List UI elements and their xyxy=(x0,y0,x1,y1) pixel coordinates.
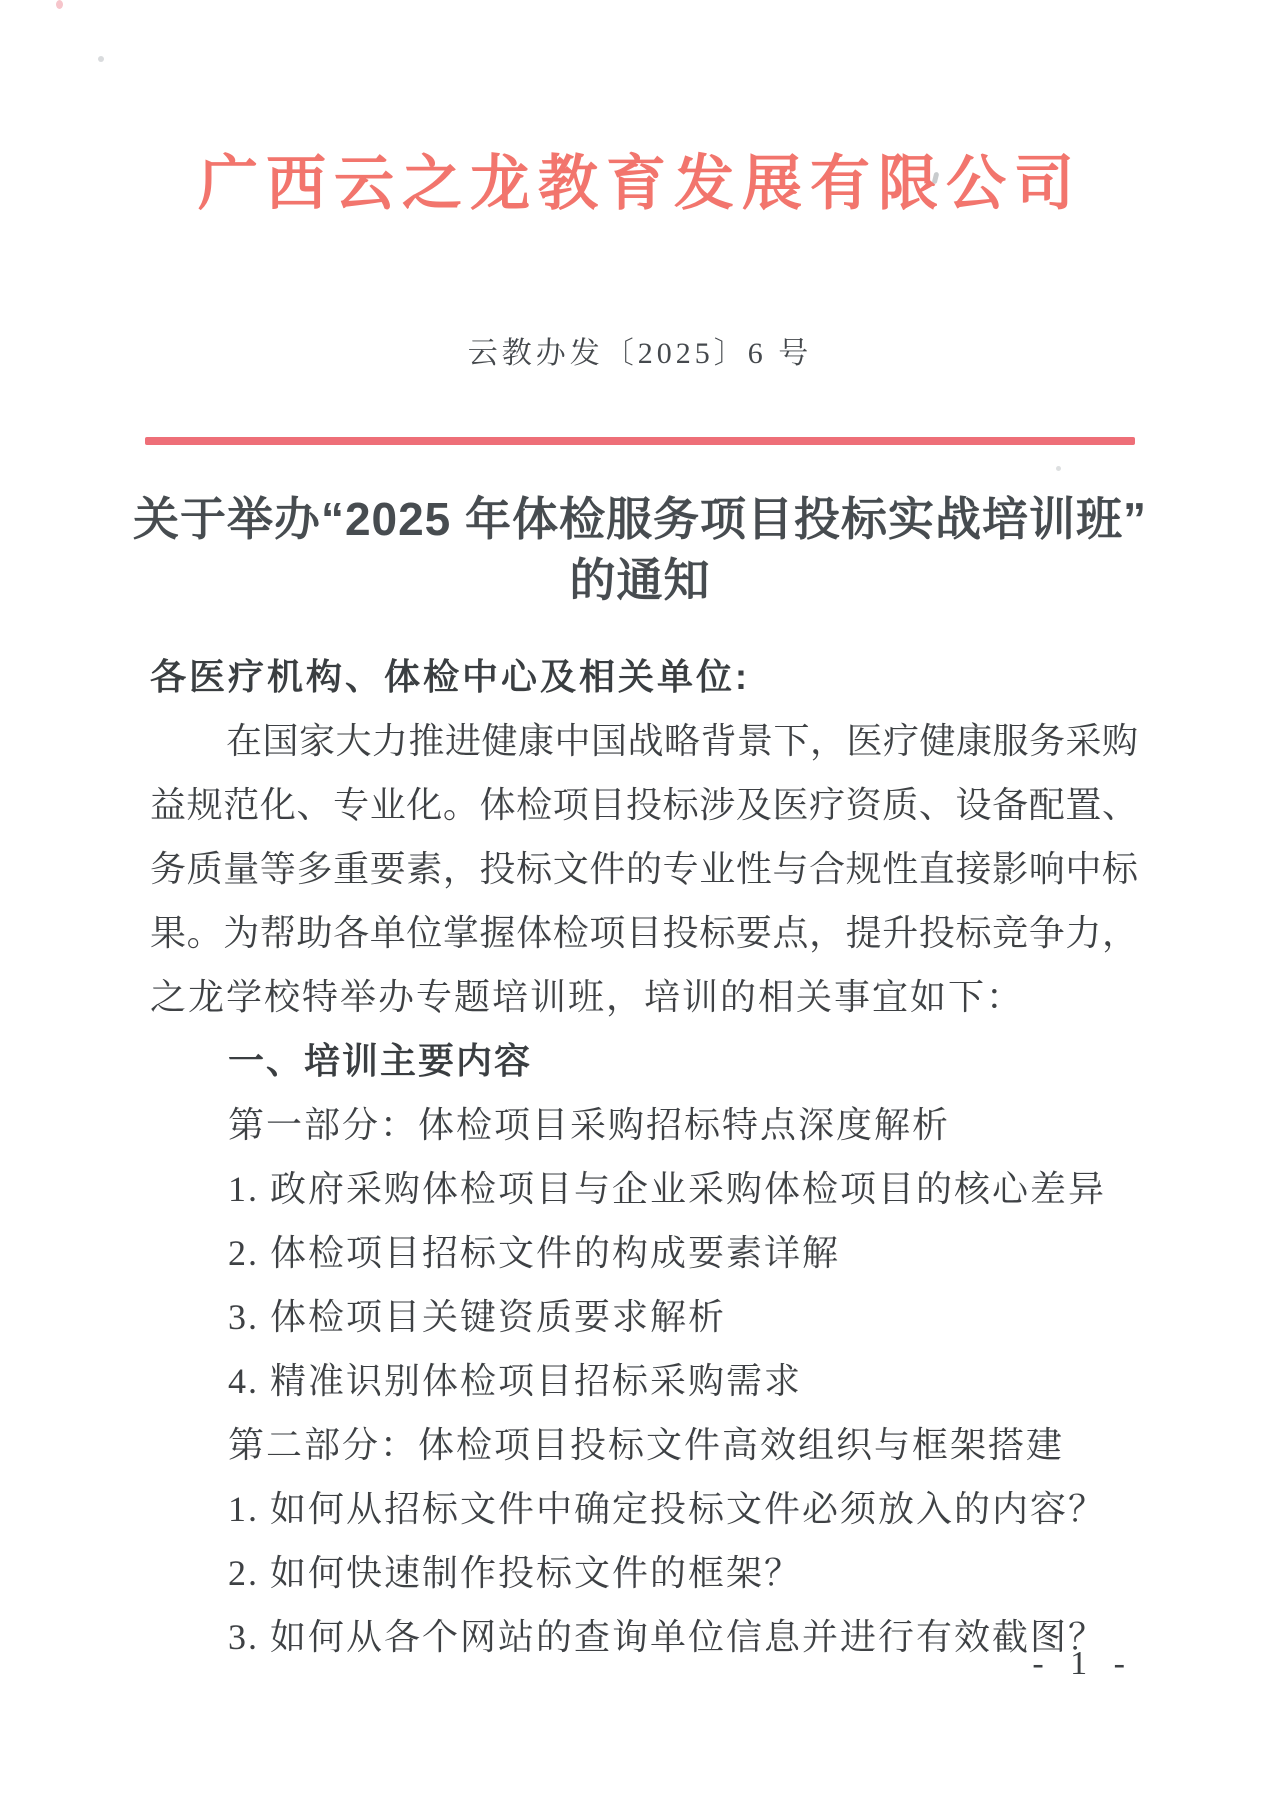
list-item: 3. 体检项目关键资质要求解析 xyxy=(150,1285,1138,1349)
paragraph-line: 益规范化、专业化。体检项目投标涉及医疗资质、设备配置、服 xyxy=(150,773,1138,837)
list-item: 2. 体检项目招标文件的构成要素详解 xyxy=(150,1221,1138,1285)
document-body: 各医疗机构、体检中心及相关单位: 在国家大力推进健康中国战略背景下，医疗健康服务… xyxy=(150,645,1138,1669)
page-number: - 1 - xyxy=(1032,1645,1132,1683)
red-divider-rule xyxy=(145,437,1135,445)
list-item: 2. 如何快速制作投标文件的框架？ xyxy=(150,1541,1138,1605)
notice-title: 关于举办“2025 年体检服务项目投标实战培训班” 的通知 xyxy=(100,489,1180,611)
intro-paragraph: 在国家大力推进健康中国战略背景下，医疗健康服务采购日 益规范化、专业化。体检项目… xyxy=(150,709,1138,1029)
paragraph-line: 果。为帮助各单位掌握体检项目投标要点，提升投标竞争力，云 xyxy=(150,901,1138,965)
salutation: 各医疗机构、体检中心及相关单位: xyxy=(150,645,1138,709)
list-item: 1. 政府采购体检项目与企业采购体检项目的核心差异 xyxy=(150,1157,1138,1221)
paragraph-line: 务质量等多重要素，投标文件的专业性与合规性直接影响中标结 xyxy=(150,837,1138,901)
list-item: 3. 如何从各个网站的查询单位信息并进行有效截图？ xyxy=(150,1605,1138,1669)
list-item: 4. 精准识别体检项目招标采购需求 xyxy=(150,1349,1138,1413)
scan-artifact xyxy=(98,56,104,62)
list-item: 1. 如何从招标文件中确定投标文件必须放入的内容？ xyxy=(150,1477,1138,1541)
scan-artifact xyxy=(1056,466,1061,471)
document-page: 广西云之龙教育发展有限公司 云教办发〔2025〕6 号 关于举办“2025 年体… xyxy=(0,0,1280,1810)
scan-artifact xyxy=(56,0,63,9)
list-item: 第一部分：体检项目采购招标特点深度解析 xyxy=(150,1093,1138,1157)
training-content-list: 第一部分：体检项目采购招标特点深度解析 1. 政府采购体检项目与企业采购体检项目… xyxy=(150,1093,1138,1669)
notice-title-line2: 的通知 xyxy=(100,550,1180,611)
notice-title-line1: 关于举办“2025 年体检服务项目投标实战培训班” xyxy=(100,489,1180,550)
company-name: 广西云之龙教育发展有限公司 xyxy=(0,136,1280,222)
paragraph-line: 之龙学校特举办专题培训班，培训的相关事宜如下： xyxy=(150,965,1138,1029)
section-heading: 一、培训主要内容 xyxy=(150,1029,1138,1093)
doc-number: 云教办发〔2025〕6 号 xyxy=(0,328,1280,372)
list-item: 第二部分：体检项目投标文件高效组织与框架搭建 xyxy=(150,1413,1138,1477)
paragraph-line: 在国家大力推进健康中国战略背景下，医疗健康服务采购日 xyxy=(150,709,1138,773)
